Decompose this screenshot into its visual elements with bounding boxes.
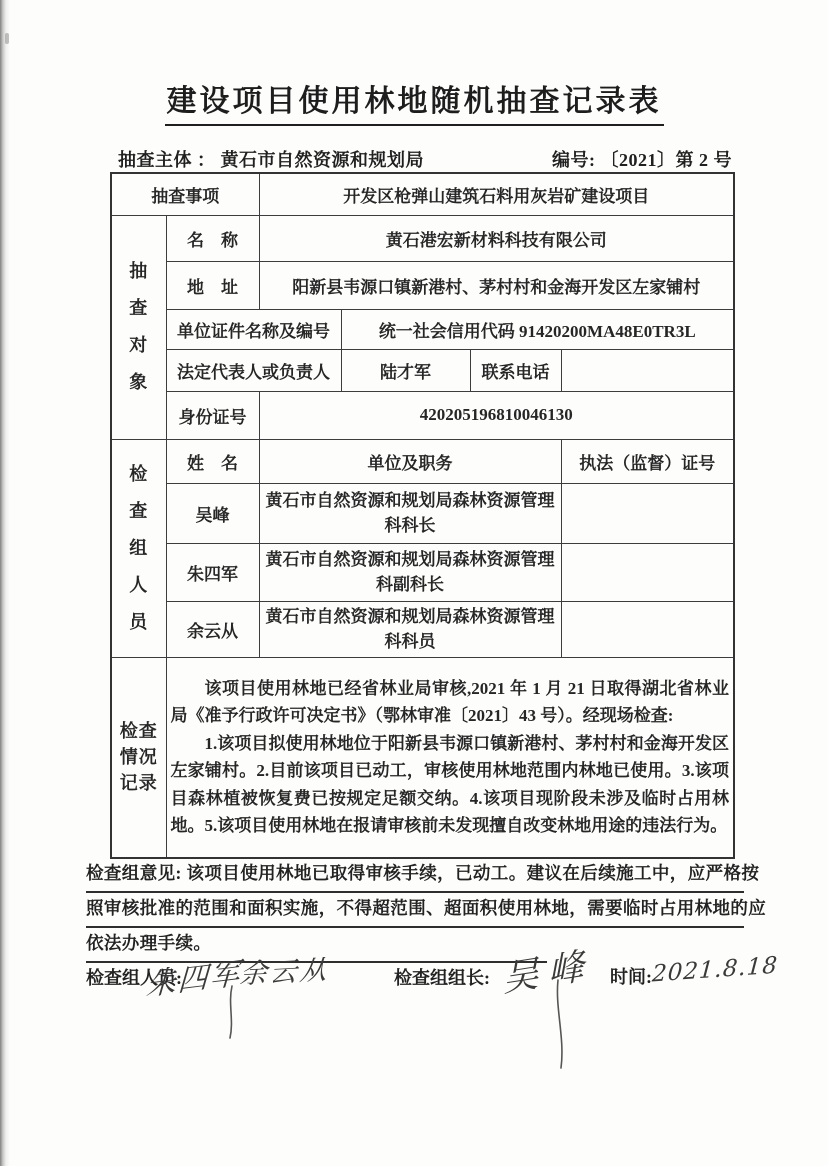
table-row: 余云从 黄石市自然资源和规划局森林资源管理科科员 xyxy=(111,601,734,657)
opinion-line: 照审核批准的范围和面积实施，不得超范围、超面积使用林地，需要临时占用林地的应 xyxy=(86,893,744,928)
inspection-item-value: 开发区枪弹山建筑石料用灰岩矿建设项目 xyxy=(259,173,734,215)
table-row: 抽 查 对 象 名 称 黄石港宏新材料科技有限公司 xyxy=(111,215,734,261)
record-paragraph-2: 1.该项目拟使用林地位于阳新县韦源口镇新港村、茅村村和金海开发区左家铺村。2.目… xyxy=(171,730,730,840)
table-row: 朱四军 黄石市自然资源和规划局森林资源管理科副科长 xyxy=(111,543,734,601)
table-row: 抽查事项 开发区枪弹山建筑石料用灰岩矿建设项目 xyxy=(111,173,734,215)
record-paragraph-1: 该项目使用林地已经省林业局审核,2021 年 1 月 21 日取得湖北省林业局《… xyxy=(171,675,730,730)
target-address-label: 地 址 xyxy=(166,261,259,309)
table-row: 吴峰 黄石市自然资源和规划局森林资源管理科科长 xyxy=(111,483,734,543)
contact-phone-label: 联系电话 xyxy=(470,349,561,391)
member-name: 朱四军 xyxy=(166,543,259,601)
document-number-label: 编号: xyxy=(552,150,596,170)
team-header-duty: 单位及职务 xyxy=(259,439,561,483)
target-name-value: 黄石港宏新材料科技有限公司 xyxy=(259,215,734,261)
document-number: 编号: 〔2021〕第 2 号 xyxy=(552,146,732,172)
legal-representative-value: 陆才军 xyxy=(341,349,470,391)
meta-row: 抽查主体 ： 黄石市自然资源和规划局 编号: 〔2021〕第 2 号 xyxy=(118,146,732,172)
target-group-label: 抽 查 对 象 xyxy=(111,215,166,439)
scan-smudge-artifact xyxy=(5,33,9,44)
member-cert xyxy=(561,483,734,543)
id-number-value: 420205196810046130 xyxy=(259,391,734,439)
opinion-line: 检查组意见: 该项目使用林地已取得审核手续，已动工。建议在后续施工中，应严格按 xyxy=(86,858,744,893)
table-row: 检 查 组 人 员 姓 名 单位及职务 执法（监督）证号 xyxy=(111,439,734,483)
document-number-value: 〔2021〕第 2 号 xyxy=(601,150,733,170)
inspection-form-table: 抽查事项 开发区枪弹山建筑石料用灰岩矿建设项目 抽 查 对 象 名 称 黄石港宏… xyxy=(110,172,735,859)
inspection-subject-label: 抽查主体 ： xyxy=(118,150,216,170)
target-cert-label: 单位证件名称及编号 xyxy=(166,309,341,349)
contact-phone-value xyxy=(561,349,734,391)
signature-row: 检查组人员: 朱四军 余云从 检查组组长: 吴峰 时间: 2021.8.18 xyxy=(86,950,766,1060)
table-row: 检查 情况 记录 该项目使用林地已经省林业局审核,2021 年 1 月 21 日… xyxy=(111,657,734,858)
scan-left-edge-artifact xyxy=(0,0,10,1166)
record-group-label: 检查 情况 记录 xyxy=(111,657,166,858)
member-handwritten-signature: 朱四军 xyxy=(145,948,243,1004)
team-opinion-section: 检查组意见: 该项目使用林地已取得审核手续，已动工。建议在后续施工中，应严格按 … xyxy=(86,858,744,963)
member-name: 吴峰 xyxy=(166,483,259,543)
member-cert xyxy=(561,601,734,657)
handwritten-date: 2021.8.18 xyxy=(651,953,779,988)
target-name-label: 名 称 xyxy=(166,215,259,261)
team-header-cert: 执法（监督）证号 xyxy=(561,439,734,483)
inspection-item-label: 抽查事项 xyxy=(111,173,259,215)
table-row: 单位证件名称及编号 统一社会信用代码 91420200MA48E0TR3L xyxy=(111,309,734,349)
member-handwritten-signature: 余云从 xyxy=(238,948,331,992)
id-number-label: 身份证号 xyxy=(166,391,259,439)
title-row: 建设项目使用林地随机抽查记录表 xyxy=(0,76,828,126)
member-cert xyxy=(561,543,734,601)
inspection-record-cell: 该项目使用林地已经省林业局审核,2021 年 1 月 21 日取得湖北省林业局《… xyxy=(166,657,734,858)
team-group-label: 检 查 组 人 员 xyxy=(111,439,166,657)
time-label: 时间: xyxy=(610,963,652,989)
team-header-name: 姓 名 xyxy=(166,439,259,483)
member-duty: 黄石市自然资源和规划局森林资源管理科科长 xyxy=(259,483,561,543)
member-name: 余云从 xyxy=(166,601,259,657)
inspection-subject: 抽查主体 ： 黄石市自然资源和规划局 xyxy=(118,146,424,172)
table-row: 地 址 阳新县韦源口镇新港村、茅村村和金海开发区左家铺村 xyxy=(111,261,734,309)
team-leader-signature-label: 检查组组长: xyxy=(394,964,490,990)
scanned-document-page: 建设项目使用林地随机抽查记录表 抽查主体 ： 黄石市自然资源和规划局 编号: 〔… xyxy=(0,0,828,1166)
legal-representative-label: 法定代表人或负责人 xyxy=(166,349,341,391)
target-address-value: 阳新县韦源口镇新港村、茅村村和金海开发区左家铺村 xyxy=(259,261,734,309)
table-row: 身份证号 420205196810046130 xyxy=(111,391,734,439)
member-duty: 黄石市自然资源和规划局森林资源管理科副科长 xyxy=(259,543,561,601)
table-row: 法定代表人或负责人 陆才军 联系电话 xyxy=(111,349,734,391)
inspection-subject-value: 黄石市自然资源和规划局 xyxy=(221,150,425,170)
member-duty: 黄石市自然资源和规划局森林资源管理科科员 xyxy=(259,601,561,657)
document-title: 建设项目使用林地随机抽查记录表 xyxy=(165,76,664,126)
target-cert-value: 统一社会信用代码 91420200MA48E0TR3L xyxy=(341,309,734,349)
